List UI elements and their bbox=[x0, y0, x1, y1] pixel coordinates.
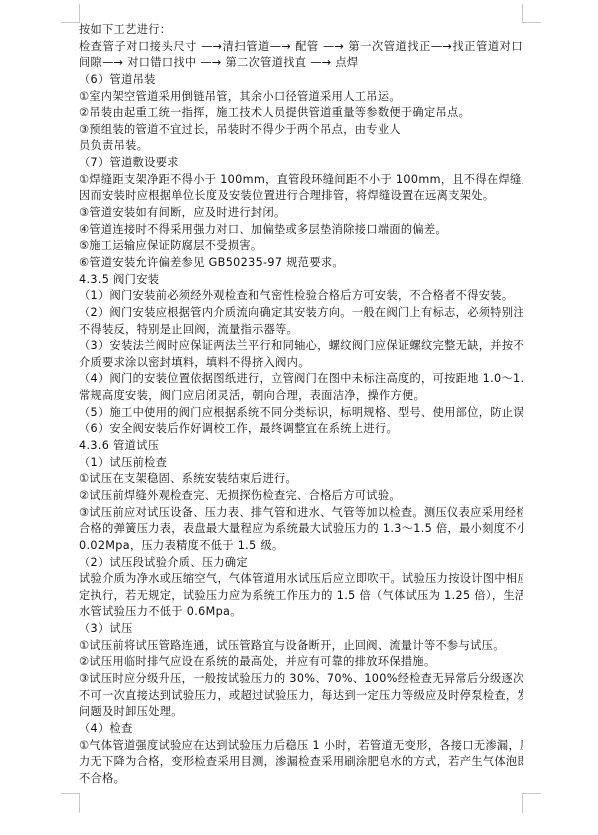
document-line: （2）试压段试验介质、压力确定 bbox=[79, 555, 523, 572]
document-line: （4）检查 bbox=[79, 721, 523, 738]
document-line: （1）阀门安装前必须经外观检查和气密性检验合格后方可安装，不合格者不得安装。 bbox=[79, 288, 523, 305]
document-line: 检查管子对口接头尺寸 —→清扫管道—→ 配管 —→ 第一次管道找正—→找正管道对… bbox=[79, 39, 523, 56]
document-line: ①试压在支架稳固、系统安装结束后进行。 bbox=[79, 471, 523, 488]
document-line: （7）管道敷设要求 bbox=[79, 155, 523, 172]
document-line: 间隙—→ 对口错口找中 —→ 第二次管道找直 —→ 点焊 bbox=[79, 55, 523, 72]
document-line: 0.02Mpa，压力表精度不低于 1.5 级。 bbox=[79, 538, 523, 555]
document-line: ③预组装的管道不宜过长，吊装时不得少于两个吊点，由专业人 bbox=[79, 122, 523, 139]
document-line: 常规高度安装，阀门应启闭灵活，朝向合理，表面洁净，操作方便。 bbox=[79, 388, 523, 405]
document-line: ③试压时应分级升压，一般按试验压力的 30%、70%、100%经检查无异常后分级… bbox=[79, 671, 523, 688]
document-line: 不得装反，特别是止回阀，流量指示器等。 bbox=[79, 322, 523, 339]
document-line: ⑥管道安装允许偏差参见 GB50235-97 规范要求。 bbox=[79, 255, 523, 272]
document-line: ①焊缝距支架净距不得小于 100mm，直管段环缝间距不小于 100mm，且不得在… bbox=[79, 172, 523, 189]
document-line: ①试压前将试压管路连通，试压管路宜与设备断开，止回阀、流量计等不参与试压。 bbox=[79, 638, 523, 655]
document-line: 水管试验压力不低于 0.6Mpa。 bbox=[79, 604, 523, 621]
document-line: （6）管道吊装 bbox=[79, 72, 523, 89]
document-line: 员负责吊装。 bbox=[79, 138, 523, 155]
document-line: ③试压前应对试压设备、压力表、排气管和进水、气管等加以检查。测压仪表应采用经检定 bbox=[79, 505, 523, 522]
document-line: 4.3.6 管道试压 bbox=[79, 438, 523, 455]
document-line: （1）试压前检查 bbox=[79, 455, 523, 472]
document-line: （6）安全阀安装后作好调校工作，最终调整宜在系统上进行。 bbox=[79, 421, 523, 438]
document-line: （3）试压 bbox=[79, 621, 523, 638]
document-line: 4.3.5 阀门安装 bbox=[79, 272, 523, 289]
document-line: ④管道连接时不得采用强力对口、加偏垫或多层垫消除接口端面的偏差。 bbox=[79, 222, 523, 239]
document-line: 介质要求涂以密封填料，填料不得挤入阀内。 bbox=[79, 355, 523, 372]
document-line: ①室内架空管道采用倒链吊管，其余小口径管道采用人工吊运。 bbox=[79, 89, 523, 106]
document-line: 力无下降为合格，变形检查采用目测，渗漏检查采用刷涂肥皂水的方式，若产生气体泡即为 bbox=[79, 754, 523, 771]
document-body: 按如下工艺进行：检查管子对口接头尺寸 —→清扫管道—→ 配管 —→ 第一次管道找… bbox=[79, 22, 523, 787]
document-line: 定执行，若无规定，试验压力应为系统工作压力的 1.5 倍（气体试压为 1.25 … bbox=[79, 588, 523, 605]
document-line: ②试压前焊缝外观检查完、无损探伤检查完、合格后方可试验。 bbox=[79, 488, 523, 505]
document-line: （2）阀门安装应根据管内介质流向确定其安装方向。一般在阀门上有标志，必须特别注意 bbox=[79, 305, 523, 322]
document-line: （3）安装法兰阀时应保证两法兰平行和同轴心，螺纹阀门应保证螺纹完整无缺，并按不同 bbox=[79, 338, 523, 355]
document-line: （5）施工中使用的阀门应根据系统不同分类标识，标明规格、型号、使用部位，防止误用… bbox=[79, 405, 523, 422]
document-line: 不可一次直接达到试验压力，或超过试验压力，每达到一定压力等级应及时停泵检查，发现 bbox=[79, 688, 523, 705]
document-line: ②吊装由起重工统一指挥，施工技术人员提供管道重量等参数便于确定吊点。 bbox=[79, 105, 523, 122]
document-line: 按如下工艺进行： bbox=[79, 22, 523, 39]
document-line: ⑤施工运输应保证防腐层不受损害。 bbox=[79, 238, 523, 255]
document-line: 合格的弹簧压力表，表盘最大量程应为系统最大试验压力的 1.3～1.5 倍，最小刻… bbox=[79, 521, 523, 538]
document-line: ①气体管道强度试验应在达到试验压力后稳压 1 小时，若管道无变形，各接口无渗漏，… bbox=[79, 738, 523, 755]
document-line: 问题及时卸压处理。 bbox=[79, 704, 523, 721]
document-line: 试验介质为净水或压缩空气，气体管道用水试压后应立即吹干。试验压力按设计图中相应规 bbox=[79, 571, 523, 588]
document-line: 不合格。 bbox=[79, 771, 523, 788]
document-line: （4）阀门的安装位置依据图纸进行，立管阀门在图中未标注高度的，可按距地 1.0～… bbox=[79, 371, 523, 388]
document-line: 因而安装时应根据单位长度及安装位置进行合理排管，将焊缝设置在远离支架处。 bbox=[79, 188, 523, 205]
document-line: ③管道安装如有间断，应及时进行封闭。 bbox=[79, 205, 523, 222]
document-line: ②试压用临时排气应设在系统的最高处，并应有可靠的排放环保措施。 bbox=[79, 654, 523, 671]
